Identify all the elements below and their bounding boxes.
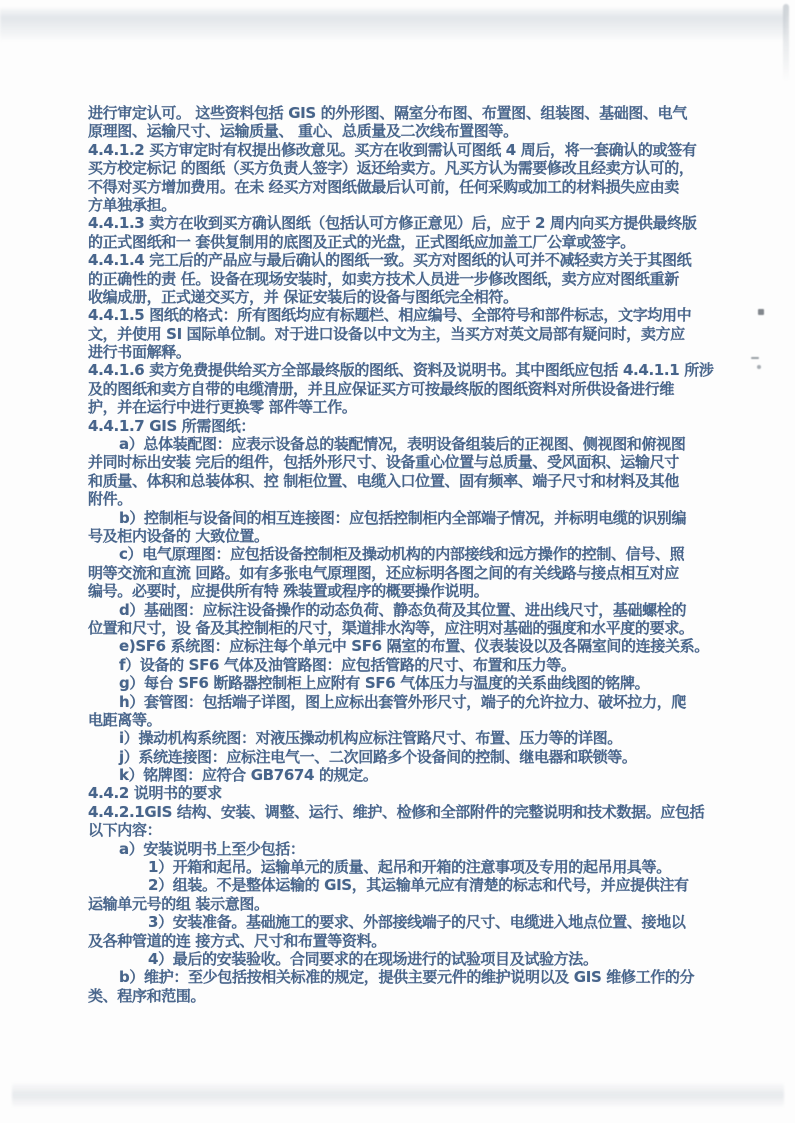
scan-speck xyxy=(758,309,764,315)
text-line: a）安装说明书上至少包括： xyxy=(88,840,710,858)
text-line: 及的图纸和卖方自带的电缆清册，并且应保证买方可按最终版的图纸资料对所供设备进行维 xyxy=(88,380,710,398)
text-line: 收编成册，正式递交买方，并 保证安装后的设备与图纸完全相符。 xyxy=(88,288,710,306)
document-body: 进行审定认可。 这些资料包括 GIS 的外形图、隔室分布图、布置图、组装图、基础… xyxy=(88,104,710,1005)
text-line: i）操动机构系统图：对液压操动机构应标注管路尺寸、布置、压力等的详图。 xyxy=(88,729,710,747)
scanned-page: 进行审定认可。 这些资料包括 GIS 的外形图、隔室分布图、布置图、组装图、基础… xyxy=(0,0,795,1123)
text-line: j）系统连接图：应标注电气一、二次回路多个设备间的控制、继电器和联锁等。 xyxy=(88,748,710,766)
text-line: 4.4.1.5 图纸的格式：所有图纸均应有标题栏、相应编号、全部符号和部件标志，… xyxy=(88,306,710,324)
text-line: 的正式图纸和一 套供复制用的底图及正式的光盘，正式图纸应加盖工厂公章或签字。 xyxy=(88,233,710,251)
text-line: 买方校定标记 的图纸（买方负责人签字）返还给卖方。凡买方认为需要修改且经卖方认可… xyxy=(88,159,710,177)
text-line: 不得对买方增加费用。在未 经买方对图纸做最后认可前，任何采购或加工的材料损失应由… xyxy=(88,178,710,196)
text-line: 方单独承担。 xyxy=(88,196,710,214)
scan-speck xyxy=(751,357,759,359)
text-line: k）铭牌图：应符合 GB7674 的规定。 xyxy=(88,766,710,784)
text-line: 2）组装。不是整体运输的 GIS，其运输单元应有清楚的标志和代号，并应提供注有 xyxy=(88,876,710,894)
text-line: 4）最后的安装验收。合同要求的在现场进行的试验项目及试验方法。 xyxy=(88,950,710,968)
text-line: 4.4.1.3 卖方在收到买方确认图纸（包括认可方修正意见）后，应于 2 周内向… xyxy=(88,214,710,232)
text-line: 及各种管道的连 接方式、尺寸和布置等资料。 xyxy=(88,932,710,950)
text-line: 并同时标出安装 完后的组件，包括外形尺寸、设备重心位置与总质量、受风面积、运输尺… xyxy=(88,453,710,471)
text-line: c）电气原理图：应包括设备控制柜及操动机构的内部接线和远方操作的控制、信号、照 xyxy=(88,545,710,563)
text-line: g）每台 SF6 断路器控制柜上应附有 SF6 气体压力与温度的关系曲线图的铭牌… xyxy=(88,674,710,692)
text-line: 进行审定认可。 这些资料包括 GIS 的外形图、隔室分布图、布置图、组装图、基础… xyxy=(88,104,710,122)
text-line: 运输单元号的组 装示意图。 xyxy=(88,895,710,913)
scan-edge-right xyxy=(783,4,789,82)
text-line: 位置和尺寸，设 备及其控制柜的尺寸，渠道排水沟等，应注明对基础的强度和水平度的要… xyxy=(88,619,710,637)
text-line: 4.4.1.2 买方审定时有权提出修改意见。买方在收到需认可图纸 4 周后，将一… xyxy=(88,141,710,159)
text-line: 附件。 xyxy=(88,490,710,508)
text-line: 文，并使用 SI 国际单位制。对于进口设备以中文为主，当买方对英文局部有疑问时，… xyxy=(88,325,710,343)
text-line: 4.4.2.1GIS 结构、安装、调整、运行、维护、检修和全部附件的完整说明和技… xyxy=(88,803,710,821)
scan-speck xyxy=(757,365,761,369)
text-line: 号及柜内设备的 大致位置。 xyxy=(88,527,710,545)
text-line: 明等交流和直流 回路。如有多张电气原理图，还应标明各图之间的有关线路与接点相互对… xyxy=(88,564,710,582)
text-line: f）设备的 SF6 气体及油管路图：应包括管路的尺寸、布置和压力等。 xyxy=(88,656,710,674)
text-line: 4.4.2 说明书的要求 xyxy=(88,784,710,802)
text-line: 编号。必要时，应提供所有特 殊装置或程序的概要操作说明。 xyxy=(88,582,710,600)
scan-shadow-bottom xyxy=(12,1082,784,1108)
text-line: 以下内容： xyxy=(88,821,710,839)
text-line: 1）开箱和起吊。运输单元的质量、起吊和开箱的注意事项及专用的起吊用具等。 xyxy=(88,858,710,876)
text-line: d）基础图：应标注设备操作的动态负荷、静态负荷及其位置、进出线尺寸，基础螺栓的 xyxy=(88,601,710,619)
text-line: 的正确性的责 任。设备在现场安装时，如卖方技术人员进一步修改图纸，卖方应对图纸重… xyxy=(88,270,710,288)
text-line: b）维护：至少包括按相关标准的规定，提供主要元件的维护说明以及 GIS 维修工作… xyxy=(88,968,710,986)
text-line: 4.4.1.7 GIS 所需图纸： xyxy=(88,417,710,435)
text-line: a）总体装配图：应表示设备总的装配情况，表明设备组装后的正视图、侧视图和俯视图 xyxy=(88,435,710,453)
text-line: 和质量、体积和总装体积、控 制柜位置、电缆入口位置、固有频率、端子尺寸和材料及其… xyxy=(88,472,710,490)
text-line: 电距离等。 xyxy=(88,711,710,729)
text-line: 4.4.1.6 卖方免费提供给买方全部最终版的图纸、资料及说明书。其中图纸应包括… xyxy=(88,361,710,379)
text-line: b）控制柜与设备间的相互连接图：应包括控制柜内全部端子情况，并标明电缆的识别编 xyxy=(88,509,710,527)
text-line: e)SF6 系统图：应标注每个单元中 SF6 隔室的布置、仪表装设以及各隔室间的… xyxy=(88,637,710,655)
text-line: h）套管图：包括端子详图，图上应标出套管外形尺寸，端子的允许拉力、破坏拉力，爬 xyxy=(88,693,710,711)
text-line: 3）安装准备。基础施工的要求、外部接线端子的尺寸、电缆进入地点位置、接地以 xyxy=(88,913,710,931)
text-line: 类、程序和范围。 xyxy=(88,987,710,1005)
text-line: 原理图、运输尺寸、运输质量、 重心、总质量及二次线布置图等。 xyxy=(88,122,710,140)
text-line: 4.4.1.4 完工后的产品应与最后确认的图纸一致。买方对图纸的认可并不减轻卖方… xyxy=(88,251,710,269)
text-line: 护，并在运行中进行更换零 部件等工作。 xyxy=(88,398,710,416)
text-line: 进行书面解释。 xyxy=(88,343,710,361)
scan-shadow-top xyxy=(0,8,786,42)
